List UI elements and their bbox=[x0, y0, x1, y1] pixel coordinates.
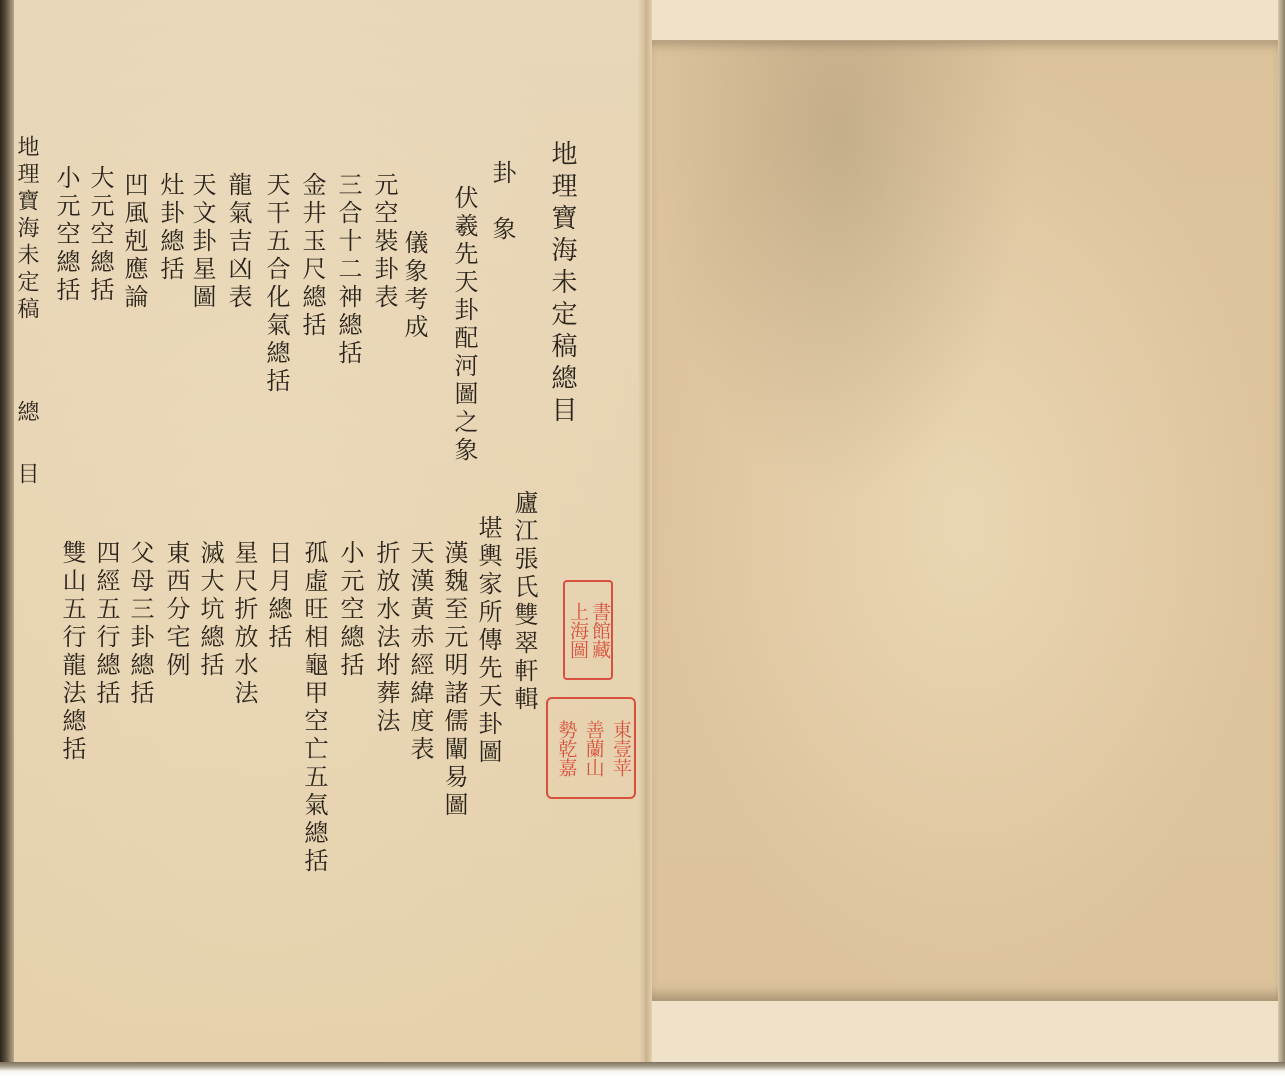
toc-entry: 三合十二神總括 bbox=[334, 172, 362, 368]
compiler-line: 廬江張氏雙翠軒輯 bbox=[510, 490, 538, 714]
toc-entry: 天文卦星圖 bbox=[188, 172, 216, 312]
toc-entry: 大元空總括 bbox=[86, 165, 114, 305]
toc-entry: 天漢黃赤經緯度表 bbox=[406, 540, 434, 764]
toc-entry: 卦 象 bbox=[488, 160, 516, 244]
library-seal: 上海圖 書館藏 bbox=[563, 580, 613, 680]
margin-section-1: 總 bbox=[12, 400, 40, 427]
toc-entry: 伏羲先天卦配河圖之象 bbox=[450, 185, 478, 465]
toc-entry: 四經五行總括 bbox=[92, 540, 120, 708]
toc-entry: 孤虛旺相龜甲空亡五氣總括 bbox=[300, 540, 328, 876]
toc-entry: 東西分宅例 bbox=[162, 540, 190, 680]
margin-title: 地理寶海未定稿 bbox=[12, 135, 40, 324]
left-binding-edge bbox=[0, 0, 14, 1062]
scan-bottom-edge bbox=[0, 1062, 1285, 1077]
toc-entry: 雙山五行龍法總括 bbox=[58, 540, 86, 764]
toc-entry: 灶卦總括 bbox=[156, 172, 184, 284]
right-page-edge bbox=[1278, 0, 1285, 1062]
stained-flyleaf bbox=[652, 40, 1278, 1001]
toc-entry: 儀象考成 bbox=[400, 230, 428, 342]
margin-section-2: 目 bbox=[12, 462, 40, 489]
toc-entry: 日月總括 bbox=[264, 540, 292, 652]
toc-entry: 滅大坑總括 bbox=[196, 540, 224, 680]
toc-entry: 堪輿家所傳先天卦圖 bbox=[474, 515, 502, 767]
toc-entry: 折放水法坿葬法 bbox=[372, 540, 400, 736]
seal-text: 上海圖 bbox=[568, 585, 588, 675]
toc-entry: 漢魏至元明諸儒闡易圖 bbox=[440, 540, 468, 820]
toc-entry: 凹風剋應論 bbox=[120, 172, 148, 312]
toc-entry: 龍氣吉凶表 bbox=[224, 172, 252, 312]
seal-text: 東壹苹 bbox=[606, 702, 631, 794]
toc-entry: 星尺折放水法 bbox=[230, 540, 258, 708]
seal-text: 書館藏 bbox=[590, 585, 610, 675]
toc-entry: 小元空總括 bbox=[52, 165, 80, 305]
left-page: 地理寶海未定稿總目 卦 象 伏羲先天卦配河圖之象 儀象考成 元空裝卦表 三合十二… bbox=[8, 0, 640, 1062]
toc-entry: 元空裝卦表 bbox=[370, 172, 398, 312]
toc-entry: 小元空總括 bbox=[336, 540, 364, 680]
seal-text: 勢乾嘉 bbox=[551, 702, 576, 794]
book-gutter bbox=[638, 0, 652, 1062]
right-page-blank bbox=[652, 0, 1282, 1062]
toc-entry: 天干五合化氣總括 bbox=[262, 172, 290, 396]
book-spread: 地理寶海未定稿總目 卦 象 伏羲先天卦配河圖之象 儀象考成 元空裝卦表 三合十二… bbox=[0, 0, 1285, 1065]
toc-title: 地理寶海未定稿總目 bbox=[548, 140, 576, 428]
toc-entry: 父母三卦總括 bbox=[126, 540, 154, 708]
collector-seal: 勢乾嘉 善蘭山 東壹苹 bbox=[546, 697, 636, 799]
seal-text: 善蘭山 bbox=[578, 702, 603, 794]
toc-entry: 金井玉尺總括 bbox=[298, 172, 326, 340]
